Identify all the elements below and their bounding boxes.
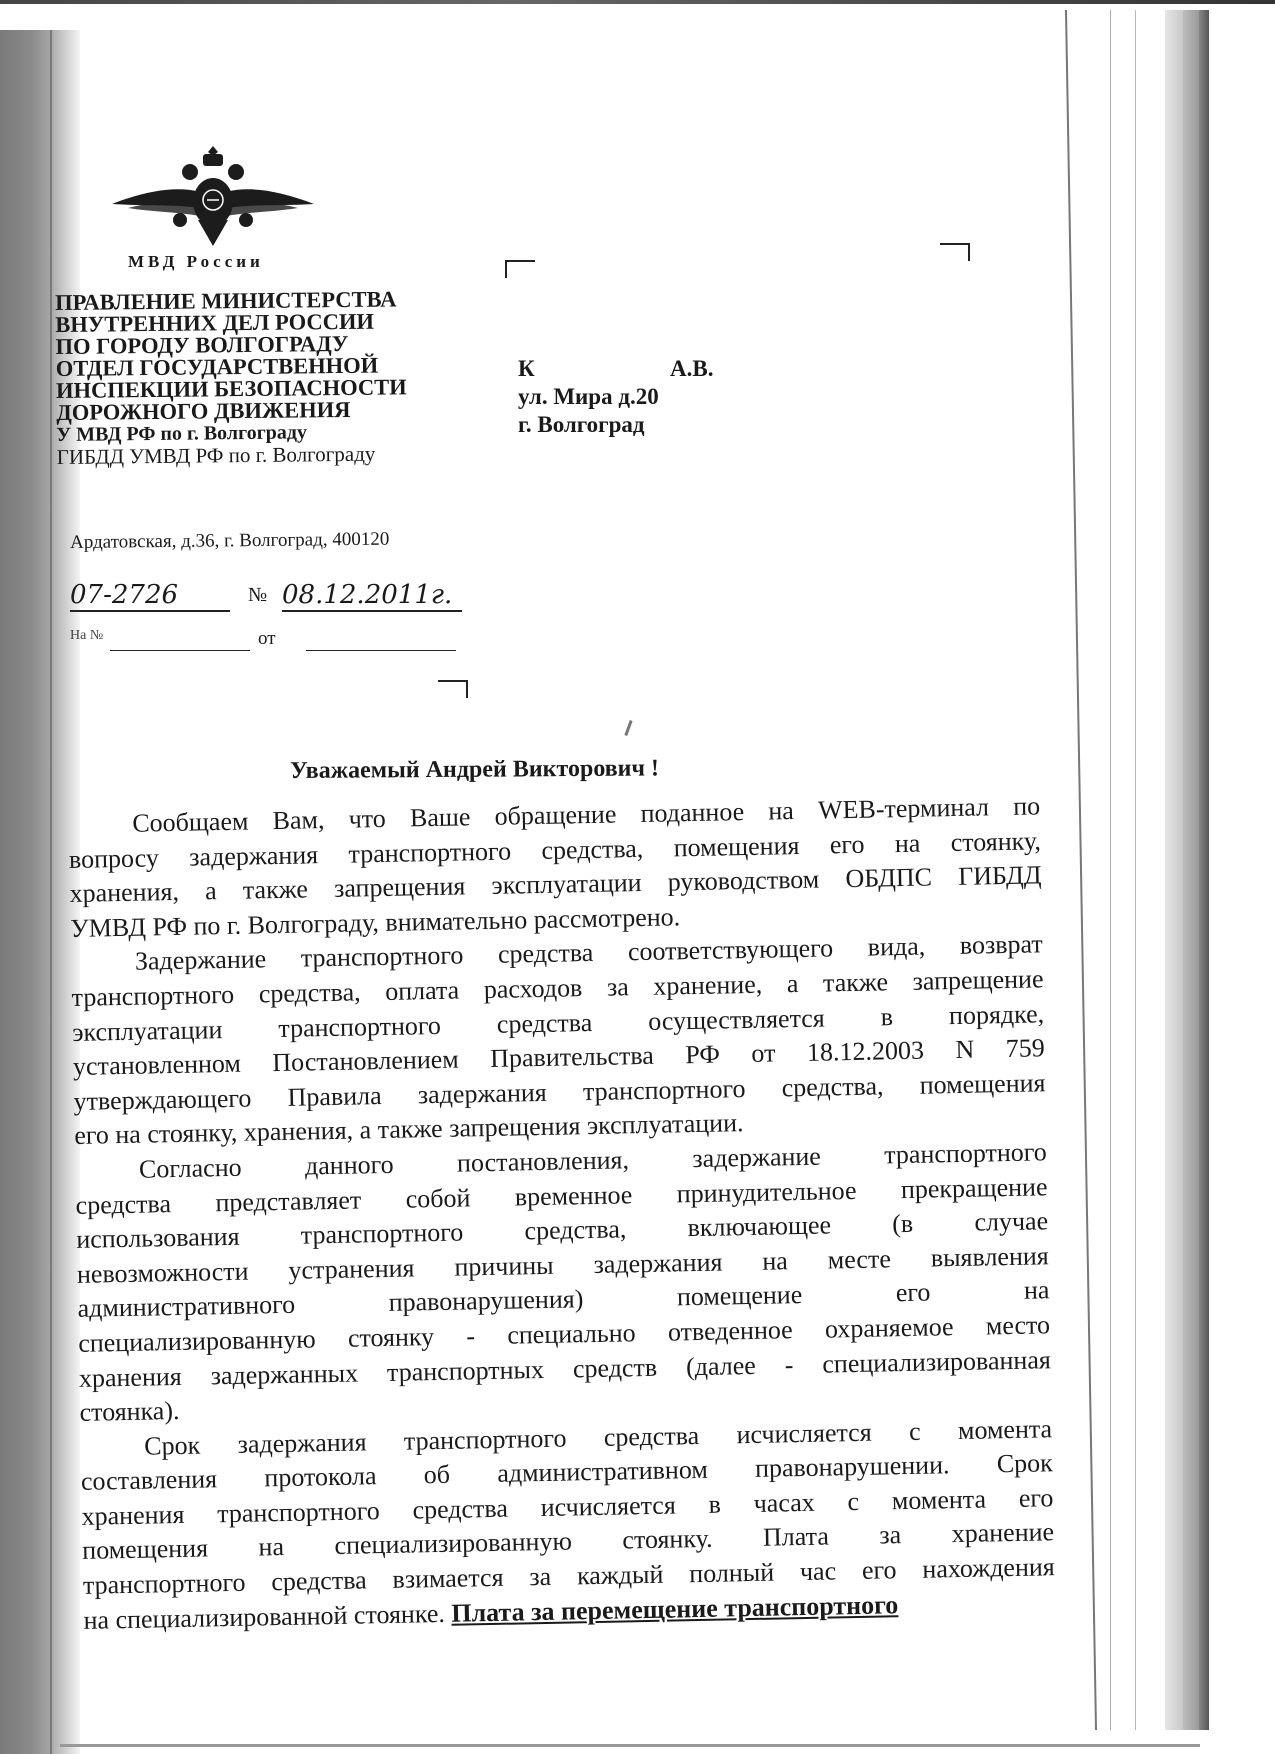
address-corner-mark (505, 260, 535, 278)
incoming-number-blank (110, 650, 250, 651)
address-corner-mark (438, 680, 468, 698)
page-stack-edge (1080, 10, 1225, 1730)
sender-address: Ардатовская, д.36, г. Волгоград, 400120 (70, 529, 389, 554)
sheet-edge (1183, 10, 1199, 1730)
mvd-eagle-emblem-icon (108, 138, 318, 248)
incoming-number-label: На № (70, 628, 103, 644)
recipient-block: К А.В. ул. Мира д.20 г. Волгоград (518, 355, 758, 439)
letter-body: СообщаемВам,чтоВашеобращениеподанноенаWE… (68, 789, 1056, 1638)
sheet-edge (1199, 10, 1209, 1730)
sheet-edge (1165, 10, 1183, 1730)
number-sign: № (248, 584, 267, 607)
sheet-edge (1135, 10, 1136, 1730)
letterhead-org-block: ПРАВЛЕНИЕ МИНИСТЕРСТВА ВНУТРЕННИХ ДЕЛ РО… (55, 288, 457, 468)
outgoing-number: 07-2726 (70, 580, 230, 612)
address-corner-mark (940, 243, 970, 261)
incoming-from-label: от (258, 628, 276, 650)
recipient-surname: К (518, 355, 535, 383)
outgoing-reference: 07-2726 № 08.12.2011г. (70, 580, 470, 612)
recipient-initials: А.В. (670, 355, 713, 383)
scan-top-edge (0, 0, 1275, 4)
recipient-city: г. Волгоград (518, 411, 758, 439)
salutation: Уважаемый Андрей Викторович ! (290, 755, 659, 785)
recipient-street: ул. Мира д.20 (518, 383, 758, 411)
scan-bottom-edge (60, 1744, 1200, 1747)
sheet-edge (1065, 10, 1097, 1730)
pen-mark (624, 720, 632, 736)
sheet-edge (1110, 10, 1111, 1730)
outgoing-date: 08.12.2011г. (282, 580, 462, 612)
org-short-name: МВД России (128, 252, 264, 272)
page-binding-shadow (0, 30, 80, 1754)
org-gibdd: ГИБДД УМВД РФ по г. Волгограду (57, 442, 457, 468)
recipient-name: К А.В. (518, 355, 758, 383)
binding-crease (50, 30, 52, 1754)
incoming-reference: На № от (70, 628, 470, 658)
emphasized-fee-text: Плата за перемещение транспортного (451, 1588, 899, 1631)
incoming-date-blank (306, 650, 456, 651)
